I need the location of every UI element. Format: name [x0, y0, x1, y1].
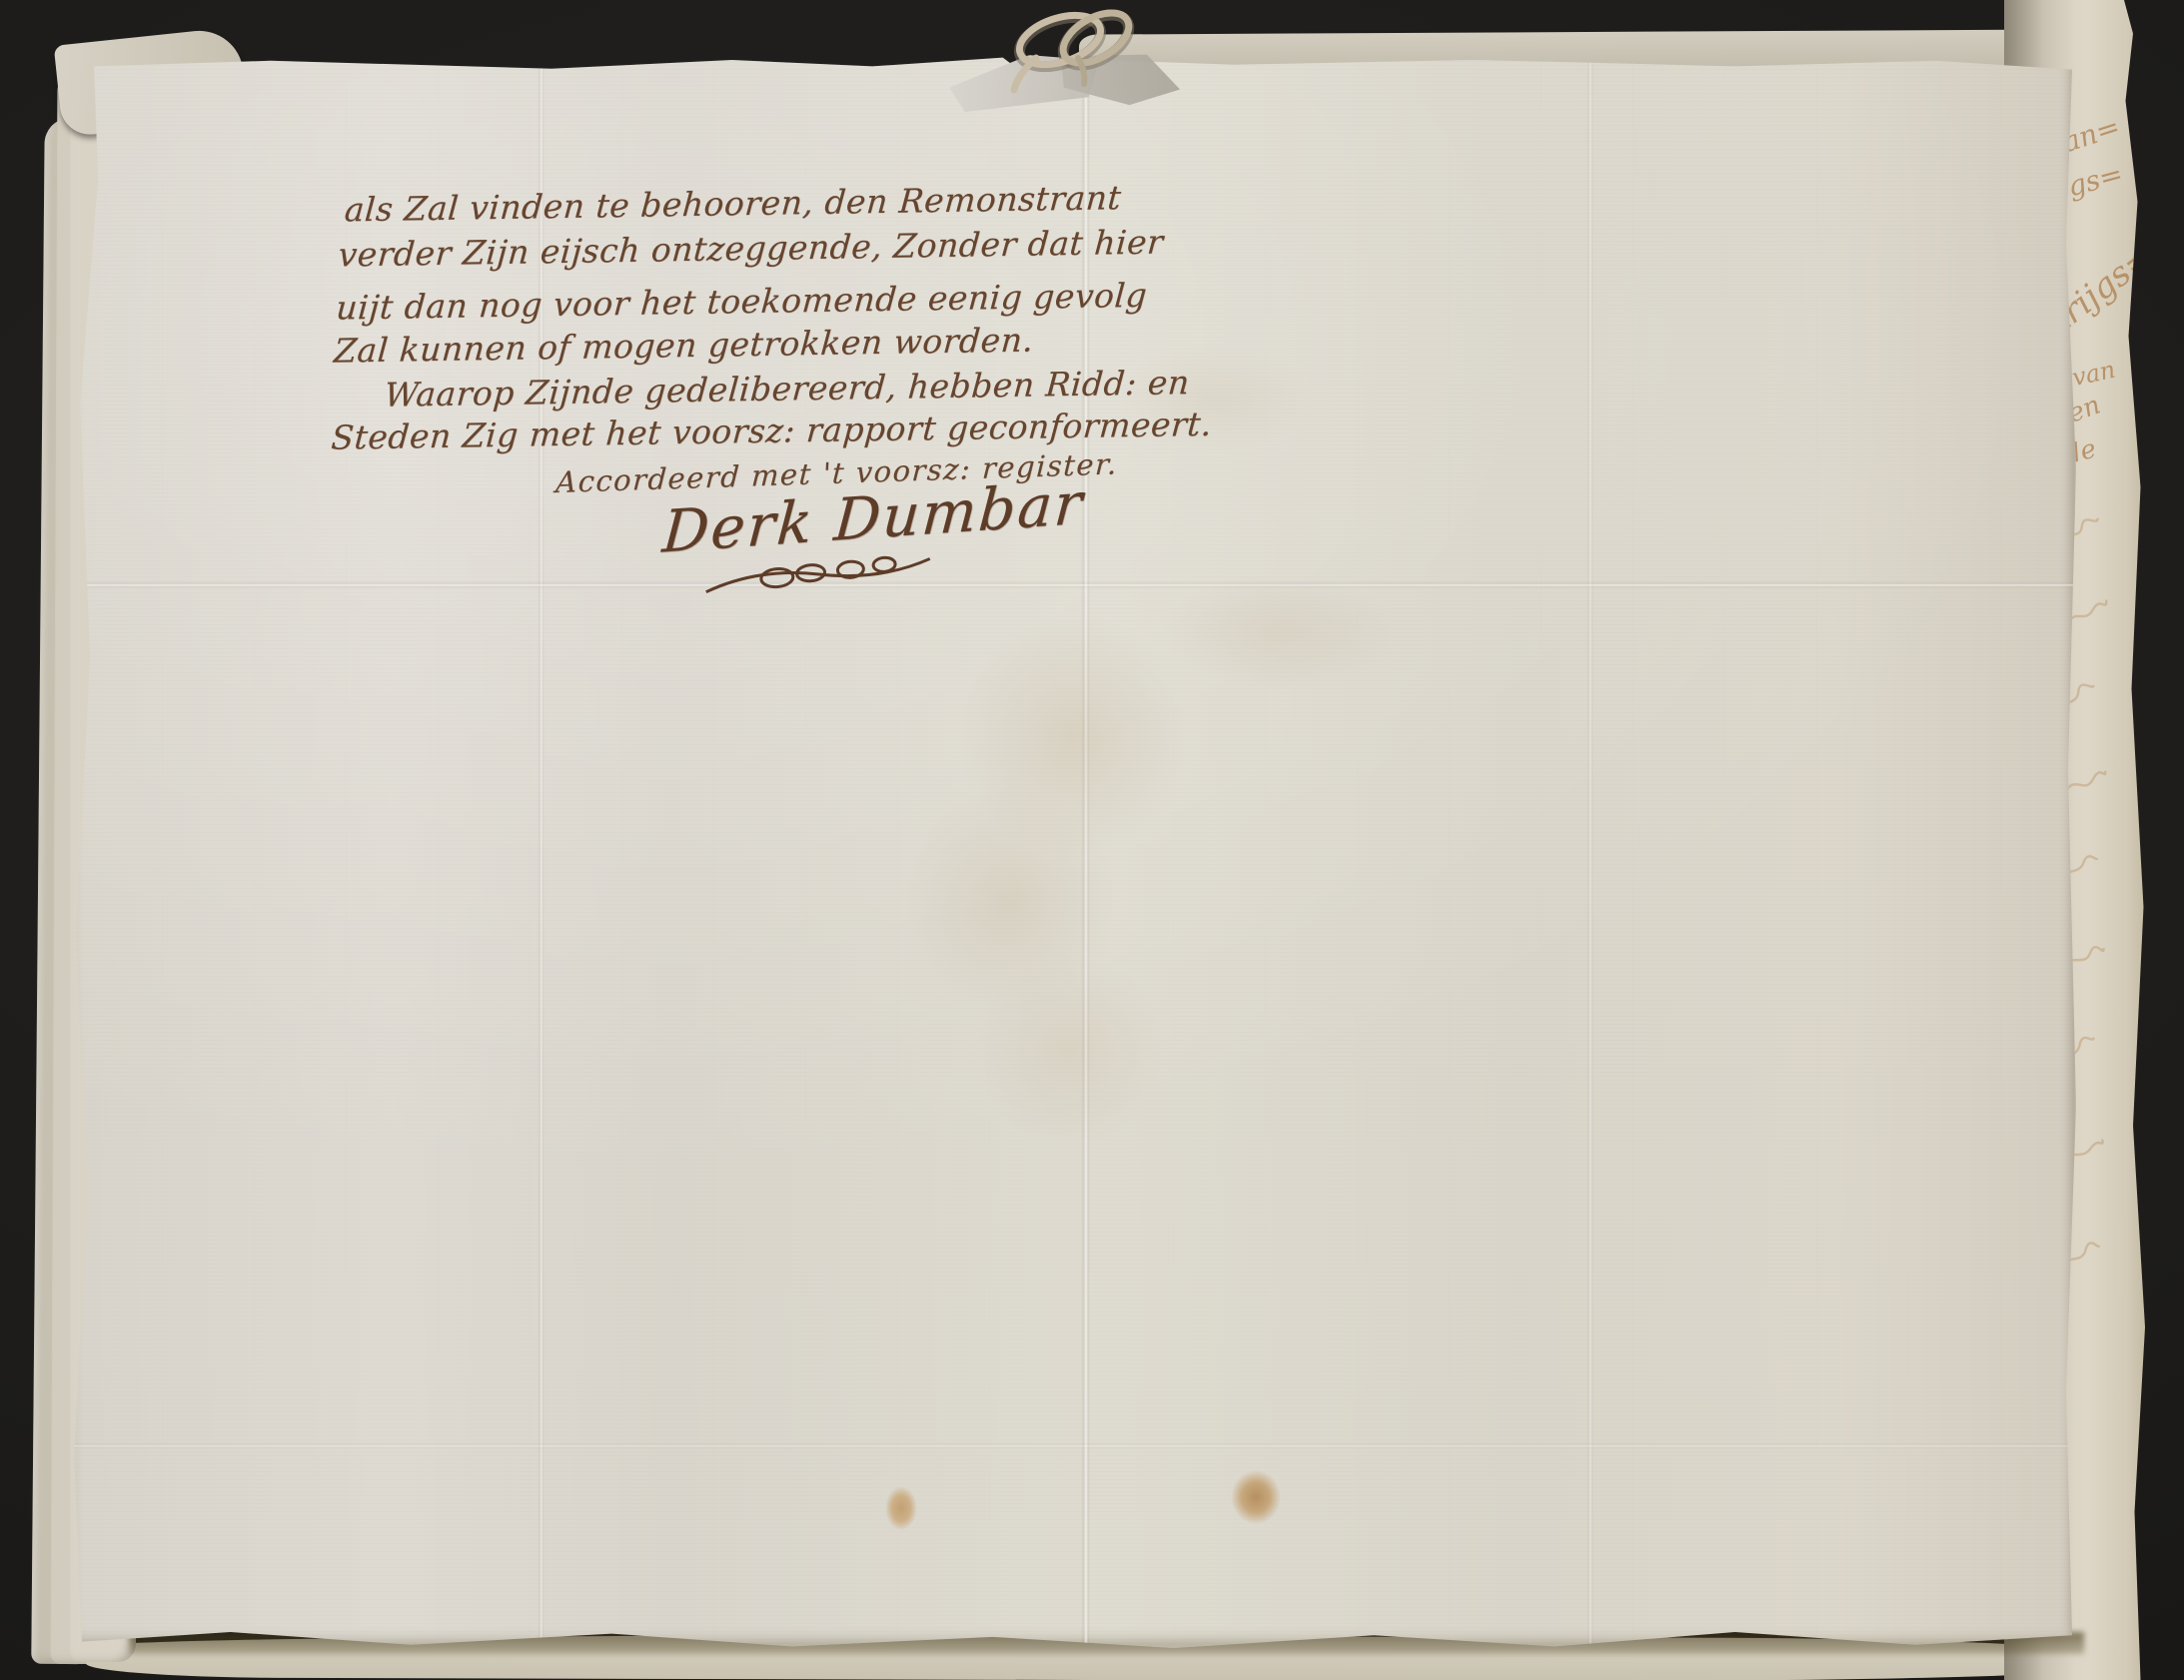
manuscript-line: Zal kunnen of mogen getrokken worden.	[333, 321, 1035, 371]
manuscript-line: als Zal vinden te behooren, den Remonstr…	[344, 178, 1123, 229]
signature-flourish	[698, 550, 939, 600]
binding-thread	[974, 0, 1194, 100]
photograph-of-manuscript: an= ijgs= Krijgs= van ben de als Zal vin…	[0, 0, 2184, 1680]
manuscript-page: als Zal vinden te behooren, den Remonstr…	[70, 52, 2076, 1648]
handwritten-text-block: als Zal vinden te behooren, den Remonstr…	[68, 25, 2099, 1652]
manuscript-line: verder Zijn eijsch ontzeggende, Zonder d…	[337, 223, 1165, 275]
